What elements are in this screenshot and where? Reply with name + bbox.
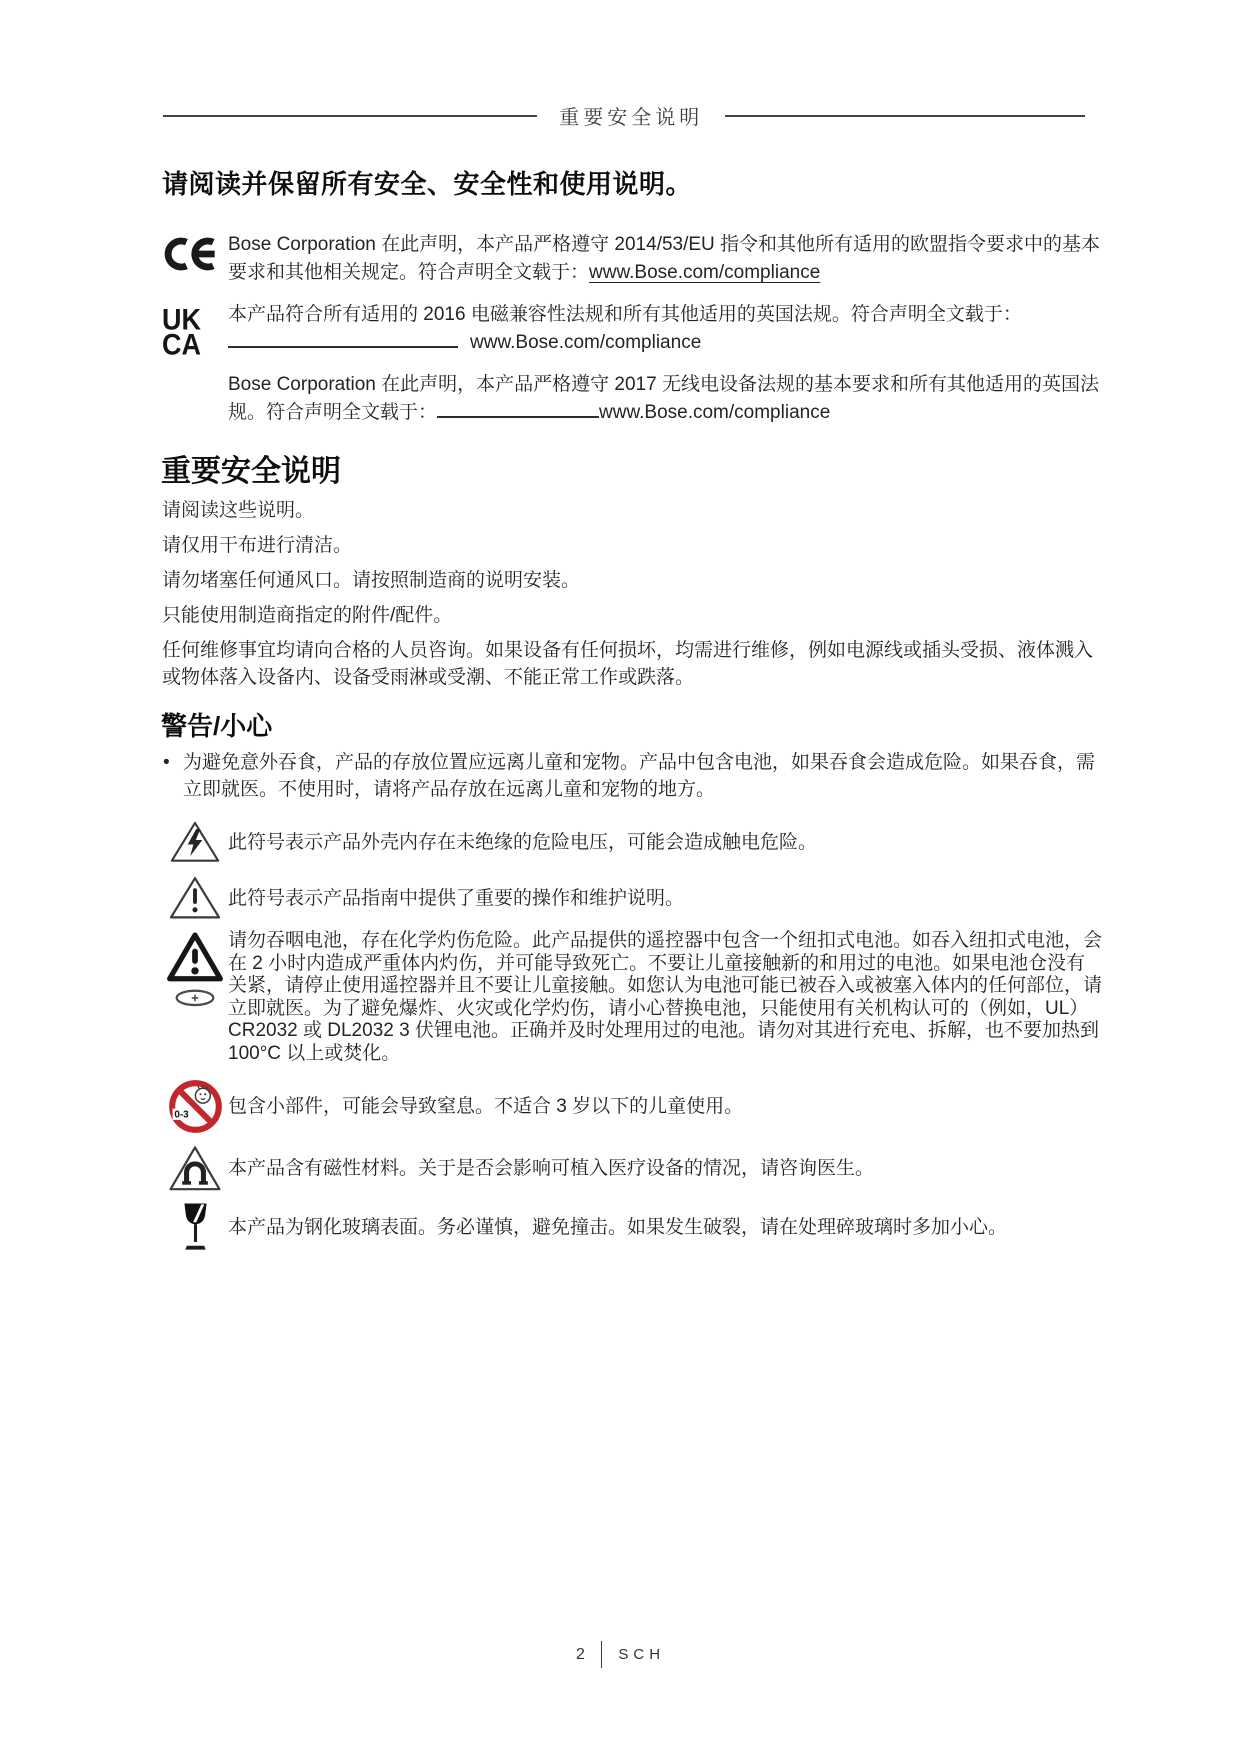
header-rule-left bbox=[163, 115, 537, 117]
exclamation-triangle-icon bbox=[162, 874, 228, 922]
document-page: 重要安全说明 请阅读并保留所有安全、安全性和使用说明。 Bose Corpora… bbox=[0, 0, 1241, 1754]
warning-row-button-battery: 请勿吞咽电池，存在化学灼伤危险。此产品提供的遥控器中包含一个纽扣式电池。如吞入纽… bbox=[162, 929, 1103, 1065]
ukca-logo-line2: CA bbox=[162, 333, 201, 358]
ukca-compliance-text: 本产品符合所有适用的 2016 电磁兼容性法规和所有其他适用的英国法规。符合声明… bbox=[228, 301, 1103, 356]
fragile-glass-icon bbox=[162, 1202, 228, 1252]
warnings-section: •为避免意外吞食，产品的存放位置应远离儿童和宠物。产品中包含电池，如果吞食会造成… bbox=[162, 749, 1103, 1252]
page-footer: 2 SCH bbox=[0, 1641, 1241, 1668]
footer-divider bbox=[601, 1641, 603, 1668]
ce-mark-icon bbox=[162, 231, 228, 286]
ce-compliance-text: Bose Corporation 在此声明，本产品严格遵守 2014/53/EU… bbox=[228, 231, 1103, 286]
warning-row-electric-shock: 此符号表示产品外壳内存在未绝缘的危险电压，可能会造成触电危险。 bbox=[162, 819, 1103, 865]
compliance-section: Bose Corporation 在此声明，本产品严格遵守 2014/53/EU… bbox=[162, 231, 1103, 441]
warning-row-choking-hazard: 0-3 包含小部件，可能会导致窒息。不适合 3 岁以下的儿童使用。 bbox=[162, 1078, 1103, 1135]
warning-bullet-text: 为避免意外吞食，产品的存放位置应远离儿童和宠物。产品中包含电池，如果吞食会造成危… bbox=[183, 752, 1095, 800]
uk-radio-blank-line bbox=[437, 402, 599, 418]
choking-age-badge: 0-3 bbox=[174, 1110, 189, 1121]
header-rule-right bbox=[725, 115, 1085, 117]
safety-instruction: 请仅用干布进行清洁。 bbox=[162, 532, 1103, 559]
language-code: SCH bbox=[618, 1646, 665, 1663]
safety-instruction: 任何维修事宜均请向合格的人员咨询。如果设备有任何损坏，均需进行维修，例如电源线或… bbox=[162, 637, 1103, 691]
warning-text: 请勿吞咽电池，存在化学灼伤危险。此产品提供的遥控器中包含一个纽扣式电池。如吞入纽… bbox=[228, 929, 1103, 1065]
choking-hazard-0-3-icon: 0-3 bbox=[162, 1078, 228, 1135]
uk-radio-compliance-link[interactable]: www.Bose.com/compliance bbox=[599, 402, 830, 423]
warning-text: 此符号表示产品外壳内存在未绝缘的危险电压，可能会造成触电危险。 bbox=[228, 829, 1103, 856]
safety-instructions-list: 请阅读这些说明。 请仅用干布进行清洁。 请勿堵塞任何通风口。请按照制造商的说明安… bbox=[162, 497, 1103, 699]
warning-row-tempered-glass: 本产品为钢化玻璃表面。务必谨慎，避免撞击。如果发生破裂，请在处理碎玻璃时多加小心… bbox=[162, 1202, 1103, 1252]
bullet-marker: • bbox=[163, 749, 170, 776]
ukca-mark-icon: UKCA bbox=[162, 301, 228, 356]
warning-bullet-item: •为避免意外吞食，产品的存放位置应远离儿童和宠物。产品中包含电池，如果吞食会造成… bbox=[162, 749, 1103, 803]
ukca-compliance-link[interactable]: www.Bose.com/compliance bbox=[470, 332, 701, 353]
ce-compliance-row: Bose Corporation 在此声明，本产品严格遵守 2014/53/EU… bbox=[162, 231, 1103, 286]
safety-instruction: 只能使用制造商指定的附件/配件。 bbox=[162, 602, 1103, 629]
button-battery-warning-icon bbox=[162, 929, 228, 1011]
ukca-blank-line bbox=[228, 332, 458, 348]
ukca-compliance-row: UKCA 本产品符合所有适用的 2016 电磁兼容性法规和所有其他适用的英国法规… bbox=[162, 301, 1103, 356]
running-header: 重要安全说明 bbox=[163, 101, 1085, 130]
warning-text: 包含小部件，可能会导致窒息。不适合 3 岁以下的儿童使用。 bbox=[228, 1093, 1103, 1120]
safety-instruction: 请阅读这些说明。 bbox=[162, 497, 1103, 524]
warning-text: 本产品为钢化玻璃表面。务必谨慎，避免撞击。如果发生破裂，请在处理碎玻璃时多加小心… bbox=[228, 1214, 1103, 1241]
warning-row-important-instructions: 此符号表示产品指南中提供了重要的操作和维护说明。 bbox=[162, 874, 1103, 922]
safety-section-heading: 重要安全说明 bbox=[161, 446, 341, 490]
warning-text: 此符号表示产品指南中提供了重要的操作和维护说明。 bbox=[228, 885, 1103, 912]
page-number: 2 bbox=[576, 1646, 585, 1664]
warnings-section-heading: 警告/小心 bbox=[161, 706, 272, 743]
page-title: 请阅读并保留所有安全、安全性和使用说明。 bbox=[162, 164, 692, 201]
magnet-triangle-icon bbox=[162, 1144, 228, 1193]
safety-instruction: 请勿堵塞任何通风口。请按照制造商的说明安装。 bbox=[162, 567, 1103, 594]
uk-radio-compliance-text: Bose Corporation 在此声明，本产品严格遵守 2017 无线电设备… bbox=[228, 371, 1103, 426]
warning-text: 本产品含有磁性材料。关于是否会影响可植入医疗设备的情况，请咨询医生。 bbox=[228, 1155, 1103, 1182]
ukca-statement: 本产品符合所有适用的 2016 电磁兼容性法规和所有其他适用的英国法规。符合声明… bbox=[228, 304, 1022, 325]
warning-row-magnetic-material: 本产品含有磁性材料。关于是否会影响可植入医疗设备的情况，请咨询医生。 bbox=[162, 1144, 1103, 1193]
ce-compliance-link[interactable]: www.Bose.com/compliance bbox=[589, 262, 820, 283]
uk-radio-empty-cell bbox=[162, 371, 228, 426]
lightning-triangle-icon bbox=[162, 819, 228, 865]
uk-radio-compliance-row: Bose Corporation 在此声明，本产品严格遵守 2017 无线电设备… bbox=[162, 371, 1103, 426]
running-header-title: 重要安全说明 bbox=[559, 101, 703, 130]
